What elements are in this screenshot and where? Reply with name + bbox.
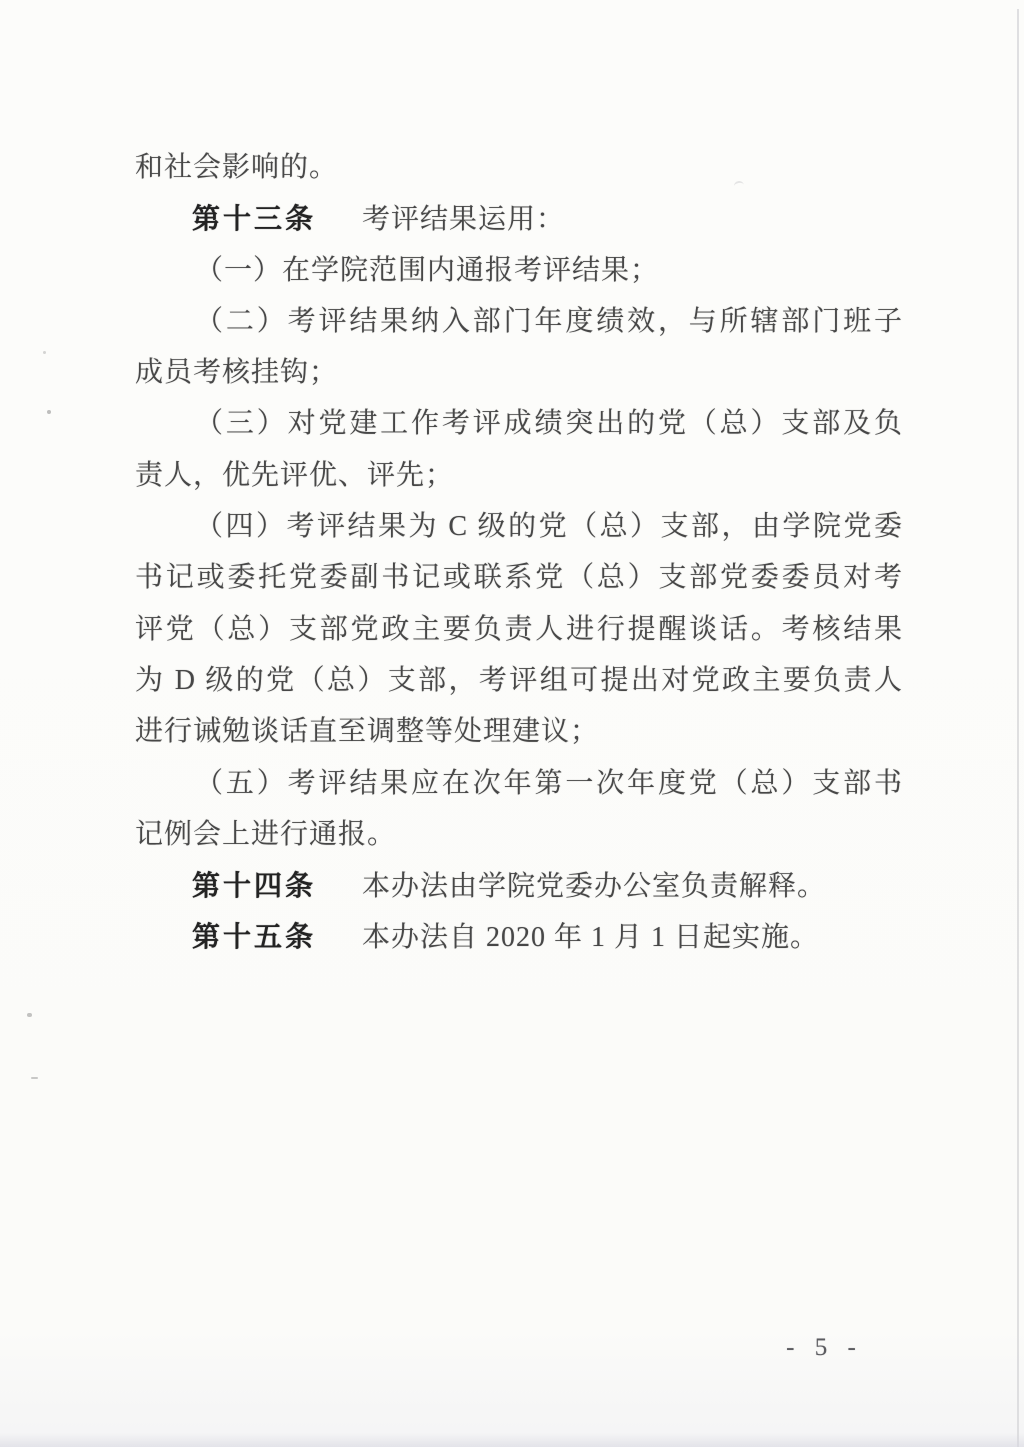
document-page: 和社会影响的。 第十三条考评结果运用： （一）在学院范围内通报考评结果； （二）… xyxy=(0,0,1024,1447)
text-line: （四）考评结果为 C 级的党（总）支部，由学院党委 xyxy=(135,501,903,552)
scan-bottom-shade xyxy=(0,1433,1024,1447)
scan-speck xyxy=(43,351,46,354)
text-line: 和社会影响的。 xyxy=(135,142,903,193)
page-number: - 5 - xyxy=(772,1334,872,1362)
text-line: 责人，优先评优、评先； xyxy=(135,450,903,501)
text-line: （二）考评结果纳入部门年度绩效，与所辖部门班子 xyxy=(135,296,903,347)
document-body: 和社会影响的。 第十三条考评结果运用： （一）在学院范围内通报考评结果； （二）… xyxy=(135,142,903,963)
text-line: 评党（总）支部党政主要负责人进行提醒谈话。考核结果 xyxy=(135,604,903,655)
article-15-heading-line: 第十五条本办法自 2020 年 1 月 1 日起实施。 xyxy=(135,911,903,962)
scan-right-edge xyxy=(1017,9,1019,1447)
text-line: 为 D 级的党（总）支部，考评组可提出对党政主要负责人 xyxy=(135,655,903,706)
text-line: 进行诫勉谈话直至调整等处理建议； xyxy=(135,706,903,757)
scan-speck xyxy=(47,410,51,414)
text-line: 记例会上进行通报。 xyxy=(135,809,903,860)
article-title: 考评结果运用： xyxy=(362,204,565,235)
text-line: （三）对党建工作考评成绩突出的党（总）支部及负 xyxy=(135,398,903,449)
article-number: 第十三条 xyxy=(192,203,316,234)
scan-speck xyxy=(31,1077,38,1079)
scan-speck xyxy=(27,1013,32,1017)
article-13-heading-line: 第十三条考评结果运用： xyxy=(135,193,903,244)
article-number: 第十五条 xyxy=(192,921,316,952)
article-14-heading-line: 第十四条本办法由学院党委办公室负责解释。 xyxy=(135,860,903,911)
article-text: 本办法由学院党委办公室负责解释。 xyxy=(362,871,826,902)
text-line: （一）在学院范围内通报考评结果； xyxy=(135,245,903,296)
scan-scratch xyxy=(733,180,744,190)
text-line: 书记或委托党委副书记或联系党（总）支部党委委员对考 xyxy=(135,552,903,603)
text-line: 成员考核挂钩； xyxy=(135,347,903,398)
article-number: 第十四条 xyxy=(192,870,316,901)
text-line: （五）考评结果应在次年第一次年度党（总）支部书 xyxy=(135,758,903,809)
article-text: 本办法自 2020 年 1 月 1 日起实施。 xyxy=(362,922,819,953)
